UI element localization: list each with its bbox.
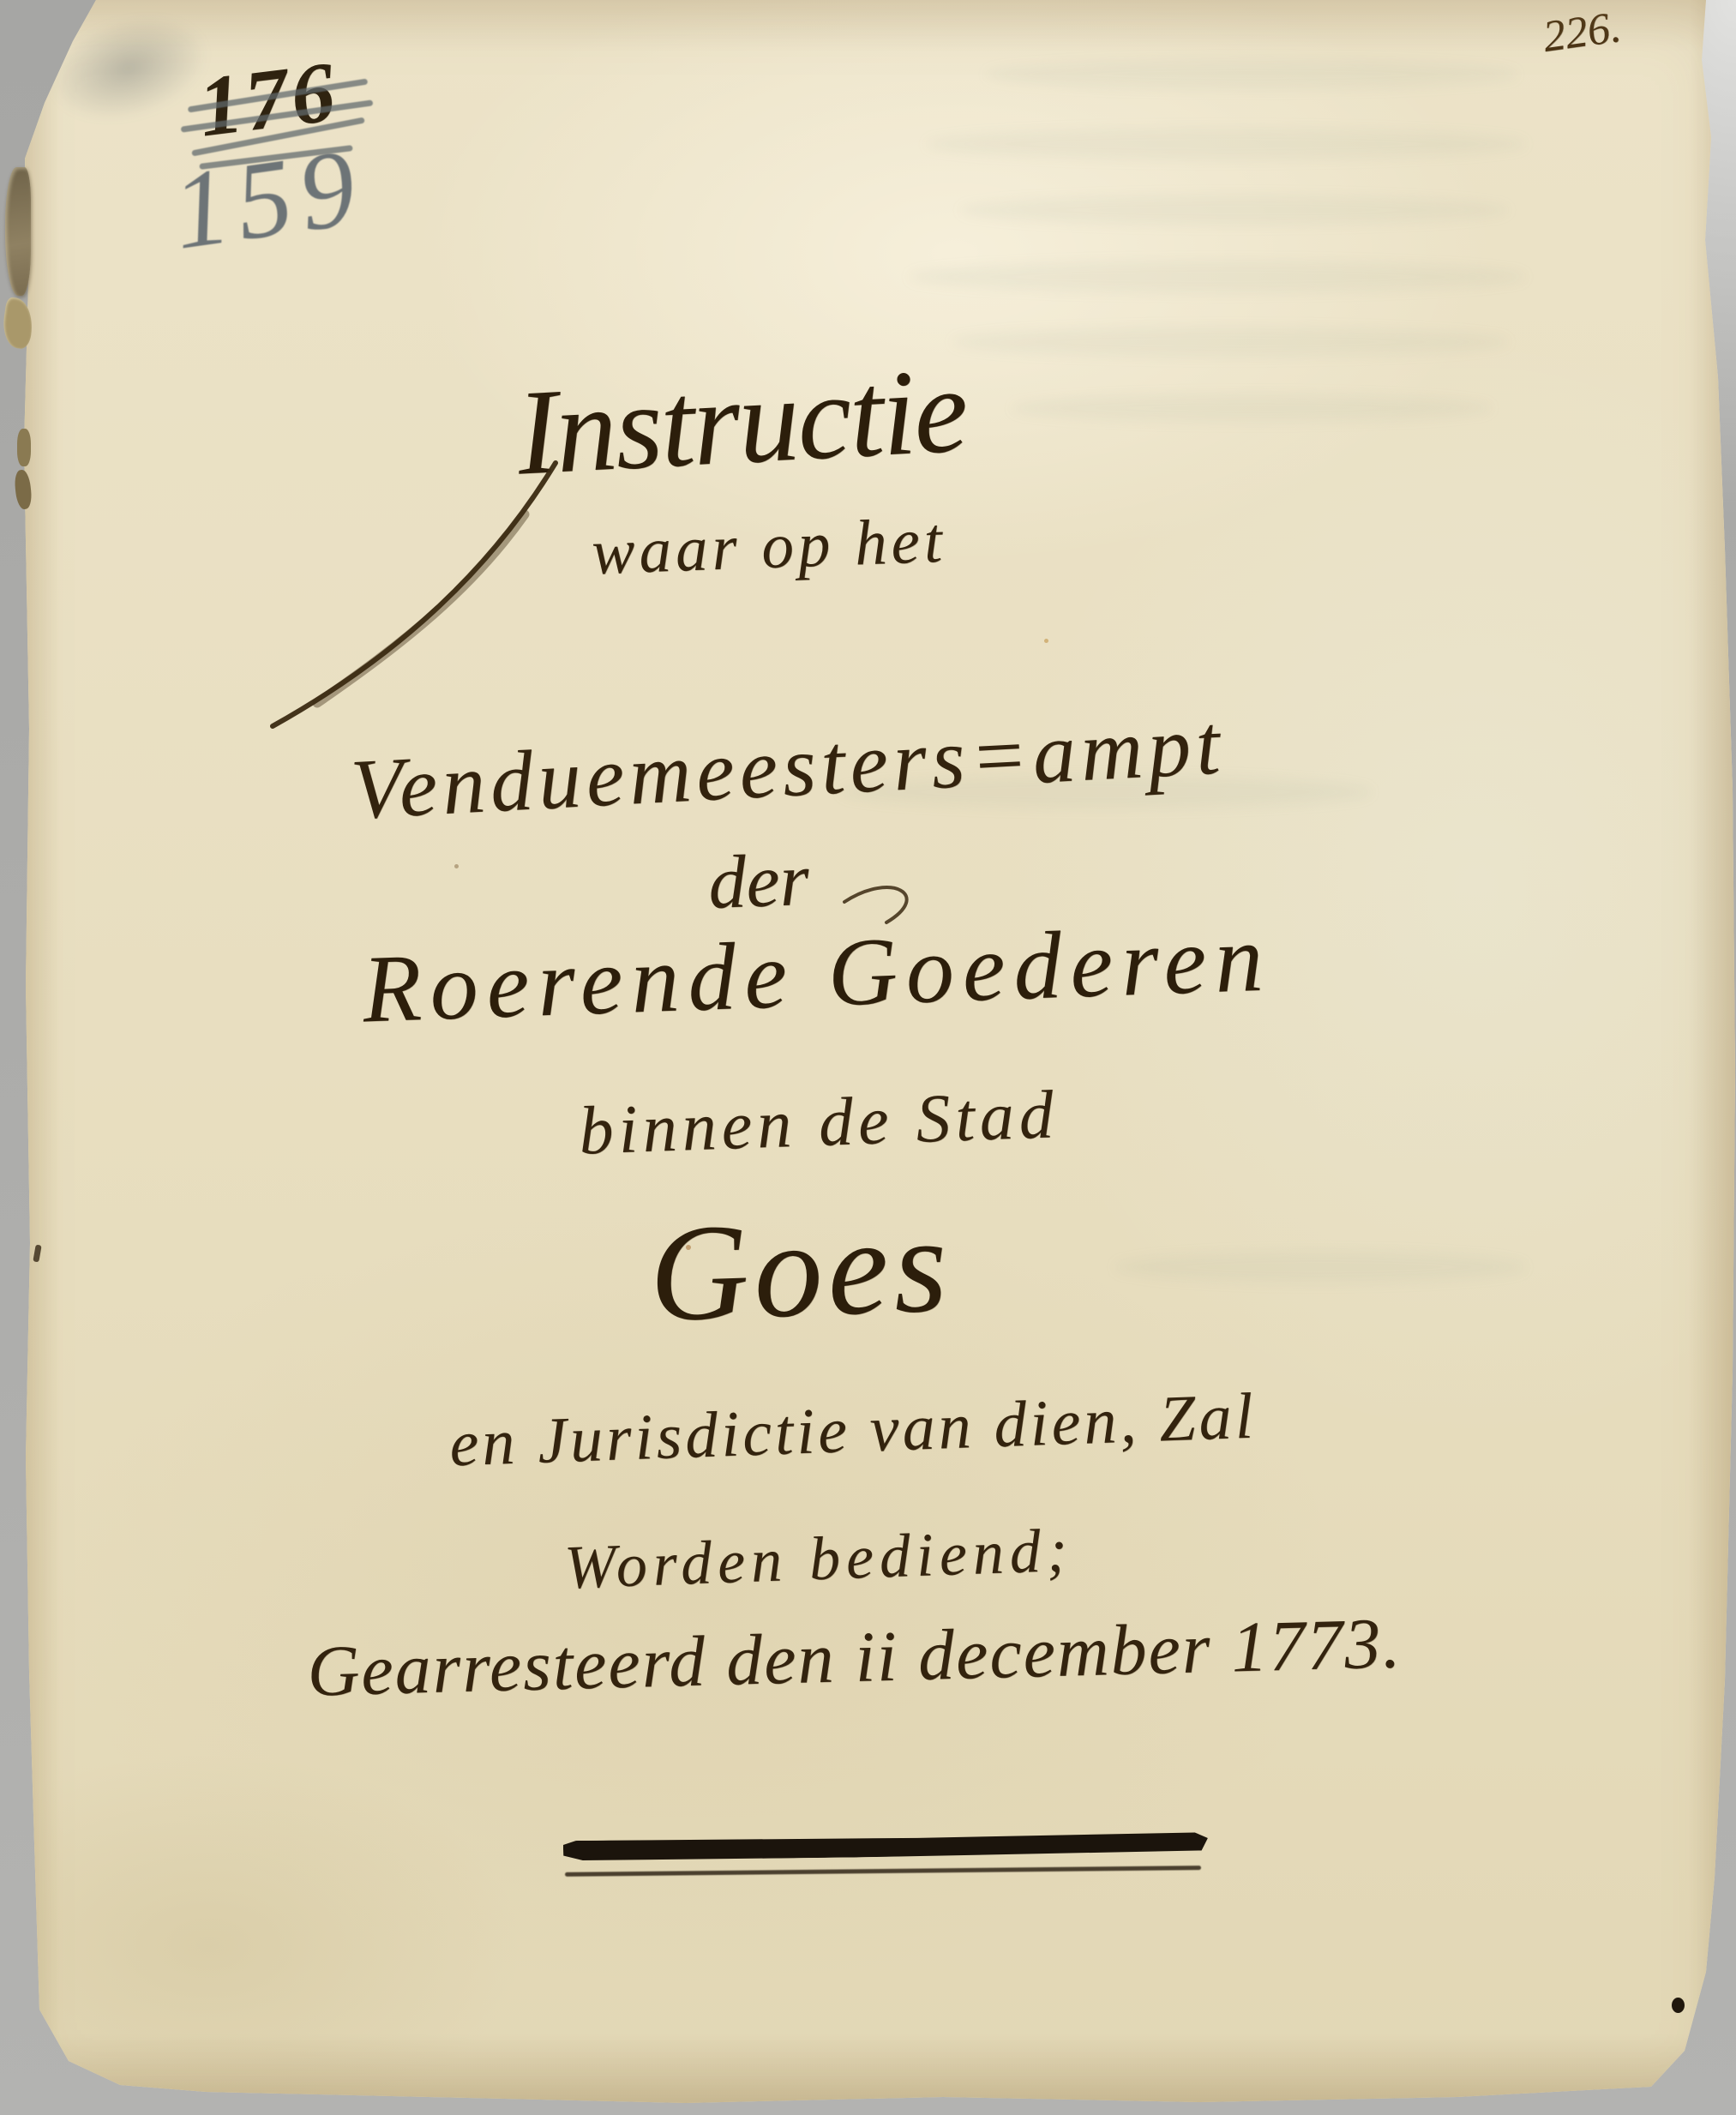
verso-showthrough	[960, 195, 1509, 225]
pencil-number: 159	[166, 131, 370, 267]
verso-showthrough	[1012, 394, 1492, 422]
paper-speck	[454, 864, 459, 868]
title-roerende-goederen: Roerende Goederen	[361, 910, 1273, 1038]
manuscript-page: 226. 176 159 Instructie waar op het Vend…	[0, 0, 1736, 2115]
closing-rule-thick	[563, 1832, 1208, 1861]
binding-remnant	[5, 167, 31, 296]
title-binnen-de-stad: binnen de Stad	[578, 1080, 1060, 1165]
title-waar-op-het: waar op het	[591, 508, 947, 585]
scanned-manuscript: 226. 176 159 Instructie waar op het Vend…	[0, 0, 1736, 2115]
title-instructie: Instructie	[514, 348, 970, 493]
verso-showthrough	[926, 129, 1526, 159]
calligraphic-flourish-overlay	[0, 0, 1736, 2115]
verso-showthrough	[909, 261, 1526, 292]
verso-showthrough	[952, 327, 1509, 357]
closing-rule-thin	[565, 1866, 1201, 1877]
paper-hole	[1672, 1998, 1685, 2013]
folio-number: 226.	[1541, 5, 1624, 60]
verso-showthrough	[1114, 1252, 1526, 1283]
title-der: der	[707, 843, 810, 922]
binding-remnant	[17, 429, 31, 466]
title-goes: Goes	[647, 1195, 954, 1343]
title-worden-bediend: Worden bediend;	[563, 1519, 1074, 1599]
verso-showthrough	[986, 60, 1517, 89]
title-venduemeesters-ampt: Venduemeesters=ampt	[349, 701, 1227, 832]
title-date-line: Gearresteerd den ii december 1773.	[307, 1607, 1403, 1708]
paper-speck	[1044, 639, 1048, 643]
paper-speck	[686, 1245, 691, 1250]
title-jurisdictie: en Jurisdictie van dien, Zal	[448, 1384, 1258, 1477]
